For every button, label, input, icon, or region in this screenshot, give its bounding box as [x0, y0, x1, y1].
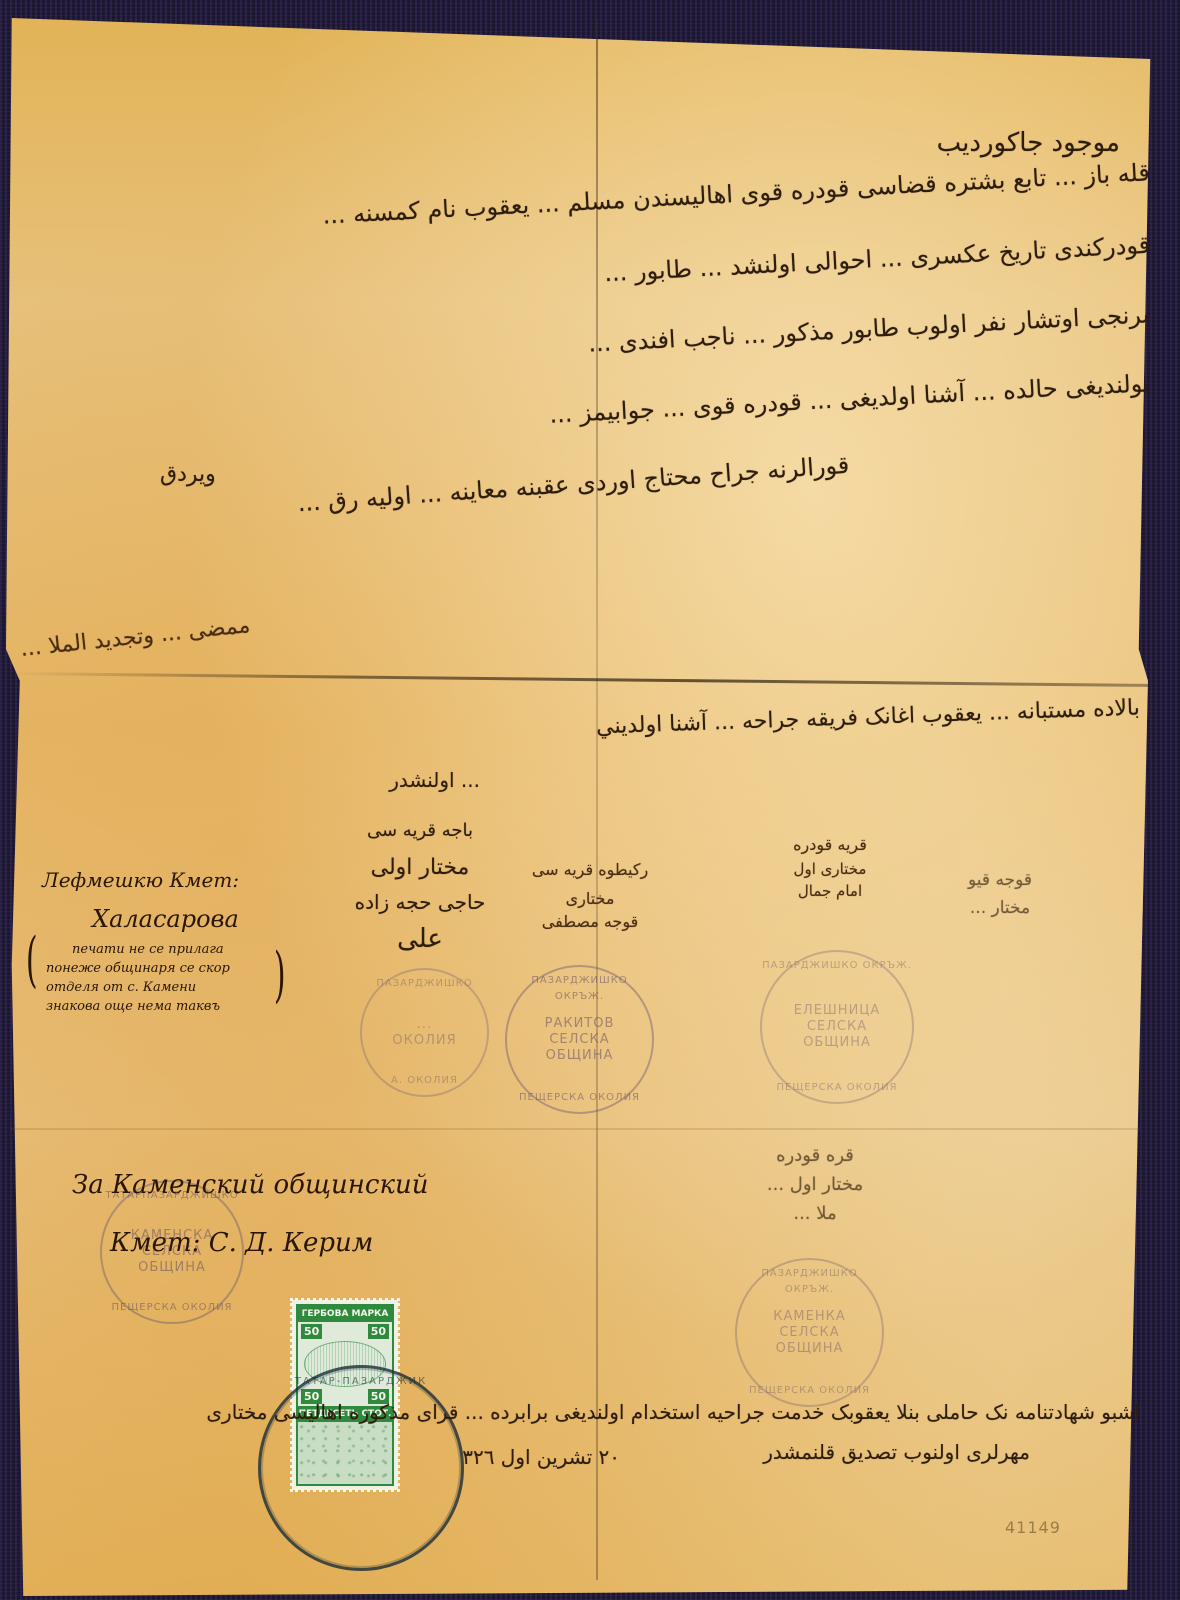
signature-line: قوجه قیو	[935, 870, 1065, 890]
signature-line: قوجه مصطفی	[520, 912, 660, 931]
seal-center-line: КАМЕНКА	[773, 1309, 845, 1325]
signature-line: امام جمال	[760, 882, 900, 900]
signature-line: باجه قریه سی	[340, 820, 500, 841]
seal-ring-text: ПАЗАРДЖИШКО ОКРЪЖ.	[762, 958, 912, 974]
middle-line-2: ... اولنشدر	[389, 768, 480, 792]
seal-okoliya: ПАЗАРДЖИШКО ... ОКОЛИЯ А. ОКОЛИЯ	[360, 968, 489, 1097]
signature-line: قریه قودره	[760, 835, 900, 854]
note-line: печати не се прилага	[46, 942, 230, 957]
seal-center-line: СЕЛСКА	[779, 1325, 839, 1341]
signature-line: مختار ...	[935, 898, 1065, 918]
signature-line: مختار اولی	[340, 855, 500, 880]
closing-word: ويردق	[160, 462, 216, 487]
right-parenthesis: )	[274, 940, 286, 1010]
seal-center-line: ЕЛЕШНИЦА	[794, 1003, 881, 1019]
lower-fold-crease	[10, 1128, 1140, 1130]
stamp-value: 50	[301, 1324, 322, 1339]
kamenski-mayor-line-1: За Каменский общинский	[72, 1170, 429, 1200]
signature-block-1: باجه قریه سی مختار اولی حاجی حجه زاده عل…	[340, 820, 500, 954]
seal-ring-text: ПЕЩЕРСКА ОКОЛИЯ	[737, 1383, 882, 1399]
signature-line: مختاری اول	[760, 860, 900, 878]
note-line: знакова още нема таквъ	[46, 999, 230, 1014]
seal-center-line: ОБЩИНА	[803, 1035, 871, 1051]
seal-ring-text: ПАЗАРДЖИШКО ОКРЪЖ.	[507, 973, 652, 1005]
seal-center-line: ...	[417, 1017, 432, 1033]
signature-line: حاجی حجه زاده	[340, 890, 500, 914]
kamenski-mayor-line-2: Кмет: С. Д. Керим	[110, 1228, 373, 1258]
seal-center-line: ОБЩИНА	[138, 1260, 206, 1276]
seal-ring-text: ПЕЩЕРСКА ОКОЛИЯ	[507, 1090, 652, 1106]
signature-block-2: رکيطوه قریه سی مختاری قوجه مصطفی	[520, 860, 660, 931]
vertical-fold-crease	[596, 20, 598, 1580]
closing-date: ٢٠ تشرين اول ٣٢٦	[462, 1445, 620, 1469]
document-heading: موجود جاکورديب	[937, 128, 1120, 158]
revenue-stamp-top-values: 50 50	[298, 1322, 392, 1341]
archive-pencil-number: 41149	[1005, 1518, 1061, 1537]
mayor-name: Халасарова	[92, 905, 239, 933]
note-line: понеже общинаря се скор	[46, 961, 230, 976]
signature-block-5: قره قودره مختار اول ... ملا ...	[725, 1145, 905, 1224]
signature-line: ملا ...	[725, 1203, 905, 1224]
signature-line: قره قودره	[725, 1145, 905, 1166]
seal-ring-text: ПАЗАРДЖИШКО	[362, 976, 487, 992]
closing-line-1: اشبو شهادتنامه نک حاملی بنلا يعقوبک خدمت…	[206, 1400, 1140, 1424]
revenue-stamp-title: ГЕРБОВА МАРКА	[298, 1306, 392, 1322]
signature-block-4: قوجه قیو مختار ...	[935, 870, 1065, 918]
seal-ring-text: ПЕЩЕРСКА ОКОЛИЯ	[762, 1080, 912, 1096]
seal-center-line: ОБЩИНА	[546, 1048, 614, 1064]
seal-eleshnitsa: ПАЗАРДЖИШКО ОКРЪЖ. ЕЛЕШНИЦА СЕЛСКА ОБЩИН…	[760, 950, 914, 1104]
mayor-title: Лефмешкю Кмет:	[42, 868, 239, 892]
seal-ring-text: ПЕЩЕРСКА ОКОЛИЯ	[102, 1300, 242, 1316]
postmark-circle: ТАТАР-ПАЗАРДЖИК	[258, 1365, 464, 1571]
seal-center-line: РАКИТОВ	[545, 1016, 615, 1032]
bulgarian-note-body: печати не се прилага понеже общинаря се …	[46, 942, 230, 1014]
note-line: отделя от с. Камени	[46, 980, 230, 995]
seal-center-line: СЕЛСКА	[807, 1019, 867, 1035]
seal-center-line: СЕЛСКА	[549, 1032, 609, 1048]
signature-line: علی	[340, 924, 500, 954]
seal-ring-text: А. ОКОЛИЯ	[362, 1073, 487, 1089]
closing-line-2: مهرلری اولنوب تصديق قلنمشدر	[763, 1440, 1030, 1464]
left-parenthesis: (	[26, 925, 38, 995]
seal-rakitovo: ПАЗАРДЖИШКО ОКРЪЖ. РАКИТОВ СЕЛСКА ОБЩИНА…	[505, 965, 654, 1114]
signature-block-3: قریه قودره مختاری اول امام جمال	[760, 835, 900, 900]
postmark-text: ТАТАР-ПАЗАРДЖИК	[261, 1376, 461, 1387]
seal-center-line: ОБЩИНА	[776, 1341, 844, 1357]
seal-kamenka: ПАЗАРДЖИШКО ОКРЪЖ. КАМЕНКА СЕЛСКА ОБЩИНА…	[735, 1258, 884, 1407]
stamp-value: 50	[368, 1324, 389, 1339]
signature-line: مختار اول ...	[725, 1174, 905, 1195]
seal-center-line: ОКОЛИЯ	[392, 1033, 456, 1049]
signature-line: رکيطوه قریه سی	[520, 860, 660, 879]
signature-line: مختاری	[520, 889, 660, 908]
seal-ring-text: ПАЗАРДЖИШКО ОКРЪЖ.	[737, 1266, 882, 1298]
